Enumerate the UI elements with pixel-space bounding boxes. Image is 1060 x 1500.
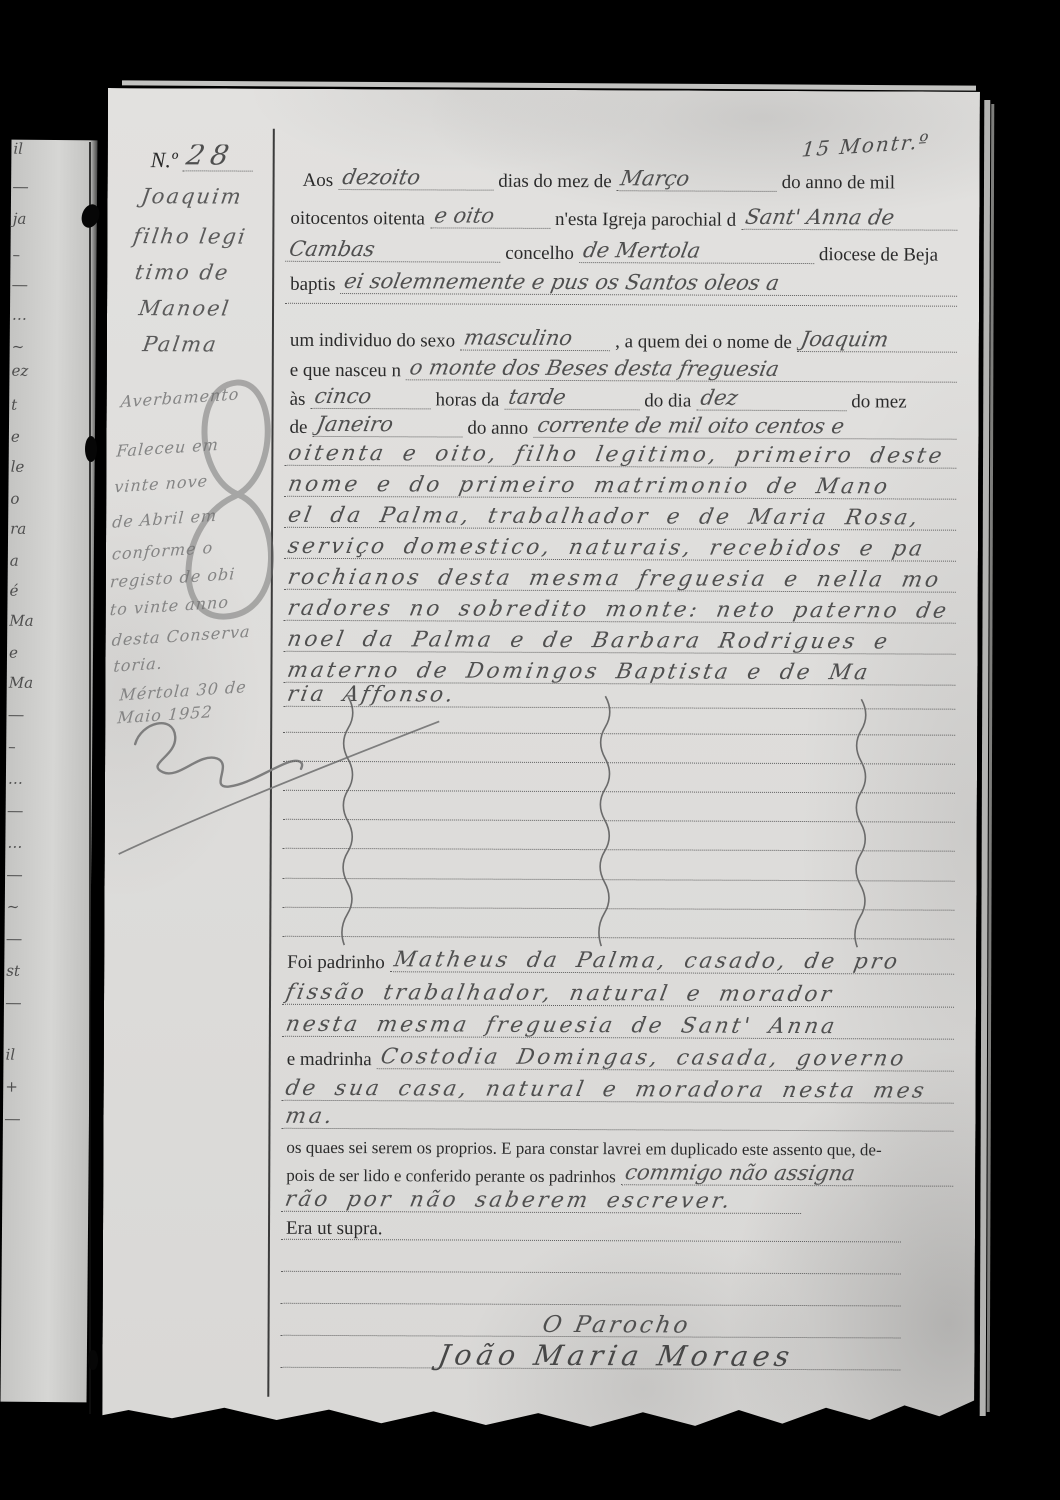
handwritten-entry: nome e do primeiro matrimonio de Mano: [284, 473, 896, 498]
printed-text: horas da: [430, 390, 504, 409]
void-squiggle-marks: [282, 695, 955, 950]
page-edge-fragment: st: [6, 962, 20, 980]
form-line-birth-month: de Janeiro do anno corrente de mil oito …: [284, 410, 956, 440]
page-edge-fragment: –: [8, 738, 16, 756]
page-edge-fragment: e: [11, 428, 20, 446]
printed-text: de: [284, 418, 312, 437]
printed-text: pois de ser lido e conferido perante os …: [281, 1167, 621, 1185]
handwritten-entry: oitenta e oito, filho legitimo, primeiro…: [284, 442, 950, 467]
page-edge-fragment: a: [10, 552, 19, 570]
page-edge-fragment: ―: [13, 178, 28, 196]
printed-text: e madrinha: [282, 1050, 377, 1069]
printed-text: do dia: [639, 391, 696, 410]
page-edge-fragment: ―: [6, 994, 21, 1012]
page-edge-fragment: é: [9, 582, 18, 600]
handwritten-entry: ma.: [281, 1105, 340, 1128]
form-line-birth-time: às cinco horas da tarde do dia dez do me…: [285, 382, 957, 412]
body-handwritten-line: el da Palma, trabalhador e de Maria Rosa…: [284, 501, 956, 531]
body-handwritten-line: radores no sobredito monte: neto paterno…: [284, 594, 956, 624]
printed-text: um individuo do sexo: [285, 331, 460, 351]
godfather-line: nesta mesma freguesia de Sant' Anna: [282, 1010, 954, 1040]
page-edge-fragment: ―: [7, 866, 22, 884]
printed-text: dias do mez de: [493, 172, 617, 192]
record-number-label: N.º: [146, 149, 183, 171]
page-edge-fragment: o: [10, 490, 19, 508]
printed-text: os quaes sei serem os proprios. E para c…: [281, 1139, 886, 1159]
margin-name-line: Manoel: [137, 296, 232, 320]
blank-rule: [285, 303, 957, 307]
handwritten-entry: Joaquim: [797, 329, 894, 351]
printed-text: baptis: [285, 275, 340, 294]
printed-text: do mez: [846, 392, 911, 411]
handwritten-entry: rão por não saberem escrever.: [281, 1188, 738, 1212]
scanned-register-page: il ― ja – ― … ~ ez t e le o ra a é Ma e …: [0, 0, 1060, 1500]
handwritten-entry: dez: [696, 388, 743, 410]
page-edge-fragment: ez: [11, 362, 28, 380]
priest-signature: João Maria Moraes: [280, 1341, 952, 1373]
blank-rule: [281, 1271, 901, 1275]
printed-text: às: [285, 390, 311, 409]
page-edge-fragment: le: [11, 458, 25, 476]
margin-name-line: timo de: [133, 260, 231, 284]
register-page: 15 Montr.º N.º 28 Joaquim filho legi tim…: [102, 88, 980, 1430]
handwritten-entry: de Mertola: [579, 240, 706, 263]
godmother-line: e madrinha Costodia Domingas, casada, go…: [282, 1042, 954, 1072]
corner-registrar-note: 15 Montr.º: [801, 129, 932, 162]
page-edge-fragment: il: [13, 140, 23, 158]
printed-text: , a quem dei o nome de: [610, 332, 797, 352]
handwritten-entry: Costodia Domingas, casada, governo: [377, 1046, 913, 1071]
blank-rule: [281, 1303, 901, 1307]
printed-text: Foi padrinho: [282, 953, 390, 972]
printed-text: do anno: [462, 419, 533, 438]
body-handwritten-line: nome e do primeiro matrimonio de Mano: [284, 470, 956, 500]
body-handwritten-line: serviço domestico, naturais, recebidos e…: [284, 532, 956, 562]
page-edge-fragment: e: [9, 644, 18, 662]
handwritten-entry: dezoito: [338, 167, 425, 189]
margin-name-line: Palma: [141, 332, 219, 356]
handwritten-entry: radores no sobredito monte: neto paterno…: [284, 597, 956, 623]
form-line-birthplace: e que nasceu n o monte dos Beses desta f…: [285, 353, 957, 383]
handwritten-entry: Matheus da Palma, casado, de pro: [390, 949, 906, 974]
printed-text: Era ut supra.: [281, 1219, 388, 1238]
handwritten-entry: nesta mesma freguesia de Sant' Anna: [282, 1013, 843, 1038]
closing-printed-line: os quaes sei serem os proprios. E para c…: [281, 1129, 953, 1159]
page-edge-fragment: ja: [13, 210, 27, 228]
handwritten-entry: corrente de mil oito centos e: [533, 415, 849, 438]
handwritten-entry: Cambas: [285, 239, 380, 261]
page-edge-fragment: …: [12, 306, 27, 324]
godmother-line: de sua casa, natural e moradora nesta me…: [282, 1074, 954, 1104]
handwritten-entry: masculino: [460, 328, 578, 350]
godmother-line: ma.: [281, 1102, 953, 1132]
form-line-date: Aos dezoito dias do mez de Março do anno…: [286, 163, 970, 193]
binding-thread: [88, 1350, 98, 1370]
binding-thread: [85, 436, 97, 462]
closing-witness-line: pois de ser lido e conferido perante os …: [281, 1157, 953, 1187]
form-line-sex-name: um individuo do sexo masculino , a quem …: [285, 323, 957, 353]
page-edge-fragment: ~: [12, 338, 25, 356]
body-handwritten-line: oitenta e oito, filho legitimo, primeiro…: [284, 439, 956, 469]
page-edge-fragment: il: [5, 1046, 15, 1064]
pencil-figure-8: [154, 374, 305, 630]
handwritten-entry: ei solemnemente e pus os Santos oleos a: [340, 271, 785, 295]
page-edge-fragment: ―: [8, 802, 23, 820]
printed-text: Aos: [298, 171, 339, 190]
record-number-value: 28: [183, 144, 241, 170]
page-edge-fragment: ―: [8, 706, 23, 724]
page-edge-fragment: –: [12, 246, 20, 264]
handwritten-entry: tarde: [504, 387, 571, 409]
handwritten-entry: cinco: [310, 386, 376, 408]
pencil-note-line: toria.: [113, 653, 164, 675]
printed-text: n'esta Igreja parochial d: [550, 210, 741, 230]
binding-fold-line: [89, 142, 91, 1414]
page-edge-fragment: t: [11, 396, 17, 414]
page-edge-fragment: ra: [10, 520, 26, 538]
handwritten-entry: Janeiro: [312, 414, 398, 436]
form-line-baptism: baptis ei solemnemente e pus os Santos o…: [285, 267, 957, 297]
printed-text: diocese de Beja: [814, 245, 943, 265]
body-handwritten-line: noel da Palma e de Barbara Rodrigues e: [284, 625, 956, 655]
godfather-line: Foi padrinho Matheus da Palma, casado, d…: [282, 945, 954, 975]
page-edge-fragment: +: [5, 1078, 18, 1096]
page-edge-fragment: …: [7, 834, 22, 852]
handwritten-entry: rochianos desta mesma freguesia e nella …: [284, 566, 947, 591]
printed-text: e que nasceu n: [285, 361, 406, 381]
handwritten-entry: noel da Palma e de Barbara Rodrigues e: [284, 628, 896, 653]
signature-role: O Parocho: [281, 1313, 953, 1340]
handwritten-entry: de sua casa, natural e moradora nesta me…: [282, 1077, 933, 1102]
margin-name-line: Joaquim: [140, 184, 245, 208]
page-edge-fragment: Ma: [9, 674, 33, 692]
closing-handwritten-line: rão por não saberem escrever.: [281, 1185, 953, 1215]
handwritten-entry: fissão trabalhador, natural e morador: [282, 981, 840, 1006]
printed-text: concelho: [500, 244, 579, 263]
record-number: N.º 28: [146, 144, 253, 171]
handwritten-entry: commigo não assigna: [621, 1162, 860, 1185]
form-line-year-parish: oitocentos oitenta e oito n'esta Igreja …: [285, 201, 957, 231]
printed-text: oitocentos oitenta: [285, 209, 430, 229]
page-edge-fragment: ―: [6, 930, 21, 948]
body-handwritten-line: rochianos desta mesma freguesia e nella …: [284, 563, 956, 593]
handwritten-entry: o monte dos Beses desta freguesia: [406, 357, 785, 381]
page-edge-fragment: ~: [7, 898, 20, 916]
godfather-line: fissão trabalhador, natural e morador: [282, 978, 954, 1008]
era-ut-supra-line: Era ut supra.: [281, 1211, 953, 1241]
form-line-municipality: Cambas concelho de Mertola diocese de Be…: [285, 235, 957, 265]
handwritten-entry: el da Palma, trabalhador e de Maria Rosa…: [284, 504, 926, 529]
page-edge-fragment: …: [8, 770, 23, 788]
margin-name-line: filho legi: [132, 224, 249, 248]
page-edge-fragment: ―: [12, 276, 27, 294]
page-edge-fragment: Ma: [9, 612, 33, 630]
previous-page-edge: il ― ja – ― … ~ ez t e le o ra a é Ma e …: [0, 140, 97, 1403]
page-edge-fragment: ―: [5, 1110, 20, 1128]
handwritten-entry: Sant' Anna de: [741, 207, 900, 230]
handwritten-entry: e oito: [430, 205, 500, 227]
handwritten-entry: serviço domestico, naturais, recebidos e…: [284, 535, 931, 560]
handwritten-entry: Março: [617, 168, 696, 190]
printed-text: do anno de mil: [777, 173, 901, 193]
